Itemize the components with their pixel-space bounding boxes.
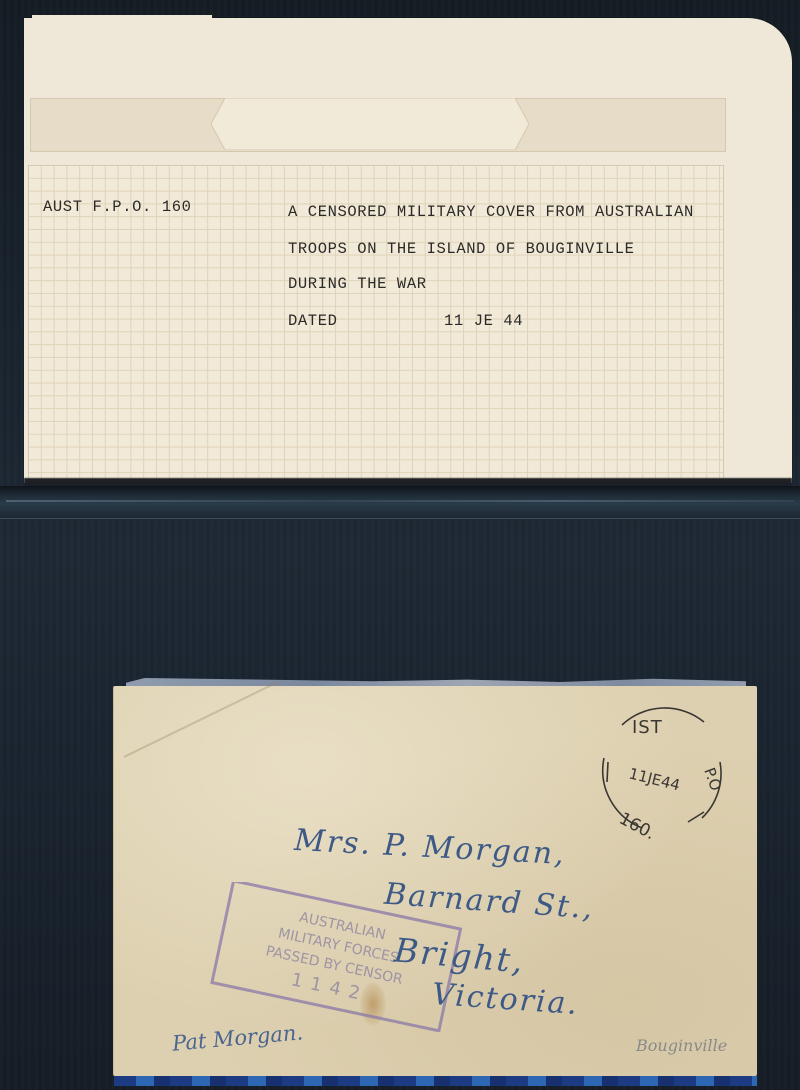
pencil-annotation: Bouginville bbox=[636, 1036, 727, 1055]
description-line-2: TROOPS ON THE ISLAND OF BOUGINVILLE bbox=[288, 240, 635, 258]
album-mount-bottom-edge bbox=[114, 1076, 757, 1086]
description-line-1: A CENSORED MILITARY COVER FROM AUSTRALIA… bbox=[288, 203, 694, 221]
banner-hexagon bbox=[211, 98, 529, 150]
card-banner bbox=[30, 98, 726, 152]
sender-signature: Pat Morgan. bbox=[171, 1020, 304, 1055]
postmark-date: 11JE44 bbox=[627, 764, 682, 794]
description-line-3: DURING THE WAR bbox=[288, 275, 427, 293]
album-mount-strip bbox=[0, 486, 800, 519]
military-envelope: IST P.O 160. 11JE44 AUSTRALIAN MILITARY … bbox=[114, 686, 757, 1076]
dated-label: DATED bbox=[288, 312, 338, 330]
svg-text:160.: 160. bbox=[616, 809, 659, 840]
fpo-postmark-icon: IST P.O 160. 11JE44 bbox=[592, 700, 732, 840]
card-tab bbox=[32, 15, 212, 23]
fpo-heading: AUST F.P.O. 160 bbox=[43, 198, 192, 216]
svg-text:IST: IST bbox=[632, 717, 663, 738]
address-line-name: Mrs. P. Morgan, bbox=[293, 823, 566, 872]
description-card: AUST F.P.O. 160 A CENSORED MILITARY COVE… bbox=[24, 18, 792, 483]
dated-value: 11 JE 44 bbox=[444, 312, 523, 330]
envelope-crease bbox=[124, 682, 278, 758]
